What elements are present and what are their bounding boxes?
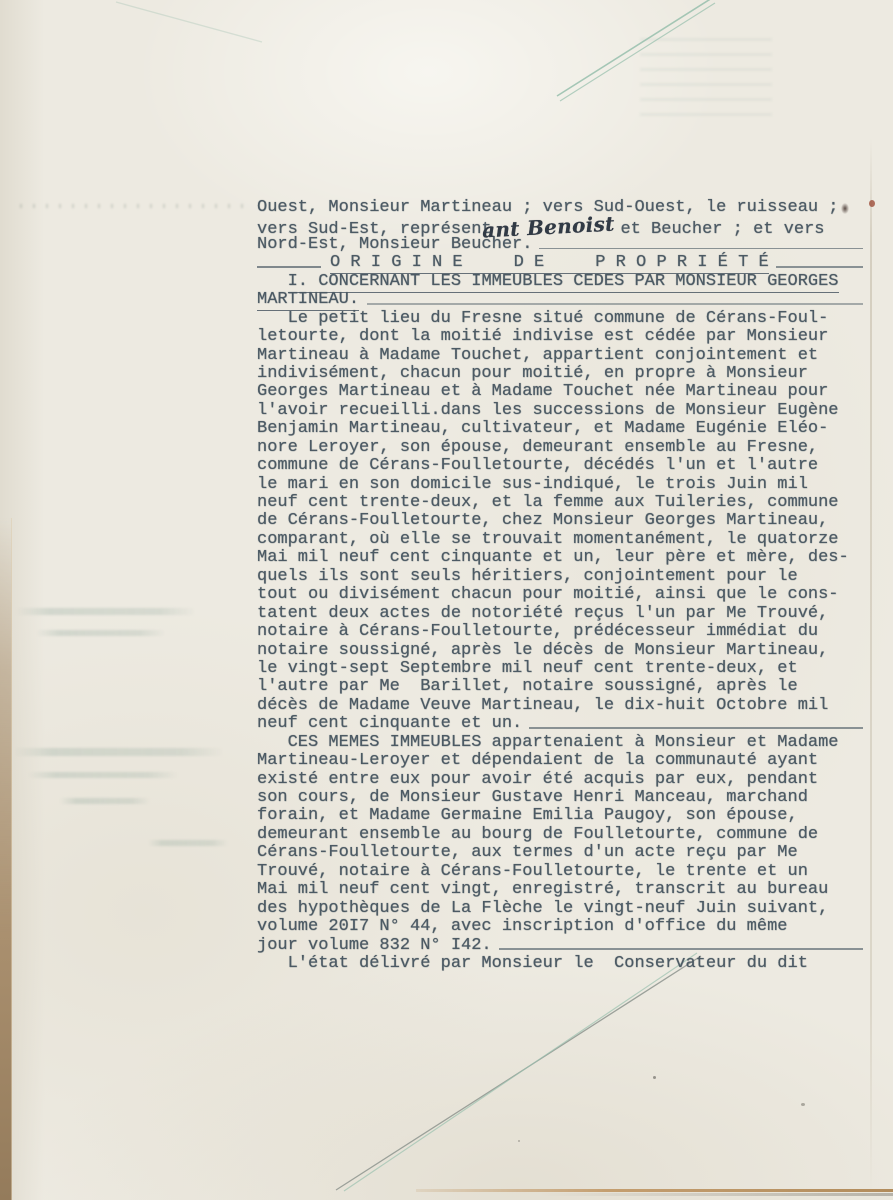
text-line: I. CONCERNANT LES IMMEUBLES CEDES PAR MO… [257,273,863,291]
typed-text: indivisément, chacun pour moitié, en pro… [257,365,808,383]
typed-text: Mai mil neuf cent vingt, enregistré, tra… [257,881,828,899]
text-line: de Cérans-Foulletourte, chez Monsieur Ge… [257,512,863,530]
text-line: Le petit lieu du Fresne situé commune de… [257,310,863,328]
typed-text: Martineau-Leroyer et dépendaient de la c… [257,752,818,770]
text-line: letourte, dont la moitié indivise est cé… [257,328,863,346]
text-line: neuf cent cinquante et un. [257,715,863,733]
handwritten-annotation: ant Benoist [481,215,614,240]
typed-rule-line [529,727,863,729]
typed-text: le mari en son domicile sus-indiqué, le … [257,476,808,494]
text-line: l'autre par Me Barillet, notaire soussig… [257,678,863,696]
typed-text: Trouvé, notaire à Cérans-Foulletourte, l… [257,863,808,881]
page-bottom-edge [416,1189,893,1192]
typed-text: l'avoir recueilli.dans les successions d… [257,402,839,420]
text-line: CES MEMES IMMEUBLES appartenaient à Mons… [257,734,863,752]
text-line: quels ils sont seuls héritiers, conjoint… [257,568,863,586]
green-crayon-line-bottom [344,953,697,1191]
text-line: demeurant ensemble au bourg de Foulletou… [257,826,863,844]
dust-speck [801,1103,805,1106]
text-line: nore Leroyer, son épouse, demeurant ense… [257,439,863,457]
page-left-edge [0,518,12,1200]
bleedthrough-mark [640,38,772,122]
text-line: neuf cent trente-deux, et la femme aux T… [257,494,863,512]
text-line: notaire soussigné, après le décès de Mon… [257,642,863,660]
text-line: décès de Madame Veuve Martineau, le dix-… [257,697,863,715]
text-line: Benjamin Martineau, cultivateur, et Mada… [257,420,863,438]
typed-text: des hypothèques de La Flèche le vingt-ne… [257,900,828,918]
typed-text: et Beucher ; et vers [610,221,824,239]
typed-text: Le petit lieu du Fresne situé commune de… [257,310,828,328]
text-line: Cérans-Foulletourte, aux termes d'un act… [257,844,863,862]
typed-text: CES MEMES IMMEUBLES appartenaient à Mons… [257,734,839,752]
ink-blot [841,203,849,214]
green-crayon-line-top-right [557,0,712,96]
text-line: Georges Martineau et à Madame Touchet né… [257,383,863,401]
text-line: jour volume 832 N° I42. [257,937,863,955]
typed-text: comparant, où elle se trouvait momentané… [257,531,839,549]
typed-rule-line [539,248,863,250]
typed-text: tatent deux actes de notoriété reçus l'u… [257,605,828,623]
text-line: Trouvé, notaire à Cérans-Foulletourte, l… [257,863,863,881]
typed-rule-line [257,266,321,268]
green-crayon-line-top-right-2 [560,3,715,101]
text-line: des hypothèques de La Flèche le vingt-ne… [257,900,863,918]
typed-text: neuf cent trente-deux, et la femme aux T… [257,494,839,512]
dust-speck [653,1076,656,1079]
typed-text: existé entre eux pour avoir été acquis p… [257,771,818,789]
bleedthrough-mark [148,840,228,846]
typed-text: volume 20I7 N° 44, avec inscription d'of… [257,918,788,936]
typewritten-text-block: Ouest, Monsieur Martineau ; vers Sud-Oue… [257,199,863,973]
grey-pen-line-bottom [336,956,701,1190]
typed-text: Georges Martineau et à Madame Touchet né… [257,383,828,401]
typed-text: le vingt-sept Septembre mil neuf cent tr… [257,660,798,678]
typed-text: de Cérans-Foulletourte, chez Monsieur Ge… [257,512,828,530]
paper-crease [870,138,872,1196]
bleedthrough-mark [14,748,224,756]
faint-bleed-stroke-top-left [116,2,262,42]
typed-text: son cours, de Monsieur Gustave Henri Man… [257,789,808,807]
dust-speck [518,1140,520,1142]
text-line: volume 20I7 N° 44, avec inscription d'of… [257,918,863,936]
typed-text: I. CONCERNANT LES IMMEUBLES CEDES PAR MO… [288,273,839,293]
typed-text: forain, et Madame Germaine Emilia Paugoy… [257,807,798,825]
typed-text: Benjamin Martineau, cultivateur, et Mada… [257,420,828,438]
bleedthrough-mark [16,608,196,615]
typed-text: Cérans-Foulletourte, aux termes d'un act… [257,844,798,862]
text-line: le mari en son domicile sus-indiqué, le … [257,476,863,494]
typed-text: notaire soussigné, après le décès de Mon… [257,642,828,660]
typed-rule-line [367,303,863,304]
typed-text: quels ils sont seuls héritiers, conjoint… [257,568,798,586]
bleedthrough-mark [28,772,178,778]
text-line: commune de Cérans-Foulletourte, décédés … [257,457,863,475]
typed-text [257,273,288,291]
text-line: son cours, de Monsieur Gustave Henri Man… [257,789,863,807]
text-line: forain, et Madame Germaine Emilia Paugoy… [257,807,863,825]
typed-rule-line [776,266,863,268]
scanned-document-page: Ouest, Monsieur Martineau ; vers Sud-Oue… [0,0,893,1200]
typed-text: Mai mil neuf cent cinquante et un, leur … [257,549,849,567]
text-line: vers Sud-Est, représentant Benoist et Be… [257,217,863,235]
page-bottom-shadow [540,1193,893,1196]
bleedthrough-mark [36,630,166,636]
typed-text: L'état délivré par Monsieur le Conservat… [257,955,808,973]
text-line: indivisément, chacun pour moitié, en pro… [257,365,863,383]
text-line: MARTINEAU. [257,291,863,309]
text-line: tatent deux actes de notoriété reçus l'u… [257,605,863,623]
typed-text: commune de Cérans-Foulletourte, décédés … [257,457,818,475]
text-line: L'état délivré par Monsieur le Conservat… [257,955,863,973]
text-line: Mai mil neuf cent cinquante et un, leur … [257,549,863,567]
text-line: le vingt-sept Septembre mil neuf cent tr… [257,660,863,678]
text-line: comparant, où elle se trouvait momentané… [257,531,863,549]
typed-text: nore Leroyer, son épouse, demeurant ense… [257,439,818,457]
text-line: notaire à Cérans-Foulletourte, prédécess… [257,623,863,641]
text-line: tout ou divisément chacun pour moitié, a… [257,586,863,604]
text-line: Martineau-Leroyer et dépendaient de la c… [257,752,863,770]
text-line: l'avoir recueilli.dans les successions d… [257,402,863,420]
text-line: O R I G I N E D E P R O P R I É T É [257,254,863,272]
typed-text: décès de Madame Veuve Martineau, le dix-… [257,697,828,715]
typed-text: demeurant ensemble au bourg de Foulletou… [257,826,818,844]
text-line: Martineau à Madame Touchet, appartient c… [257,347,863,365]
text-line: existé entre eux pour avoir été acquis p… [257,771,863,789]
typed-text: tout ou divisément chacun pour moitié, a… [257,586,839,604]
bleedthrough-mark [20,204,250,208]
typed-text: l'autre par Me Barillet, notaire soussig… [257,678,798,696]
typed-text: Martineau à Madame Touchet, appartient c… [257,347,818,365]
typed-text: letourte, dont la moitié indivise est cé… [257,328,828,346]
typed-text: notaire à Cérans-Foulletourte, prédécess… [257,623,818,641]
typed-text: jour volume 832 N° I42. [257,937,492,955]
bleedthrough-mark [60,798,150,804]
typed-rule-line [499,948,863,950]
text-line: Mai mil neuf cent vingt, enregistré, tra… [257,881,863,899]
typed-text: neuf cent cinquante et un. [257,715,522,733]
